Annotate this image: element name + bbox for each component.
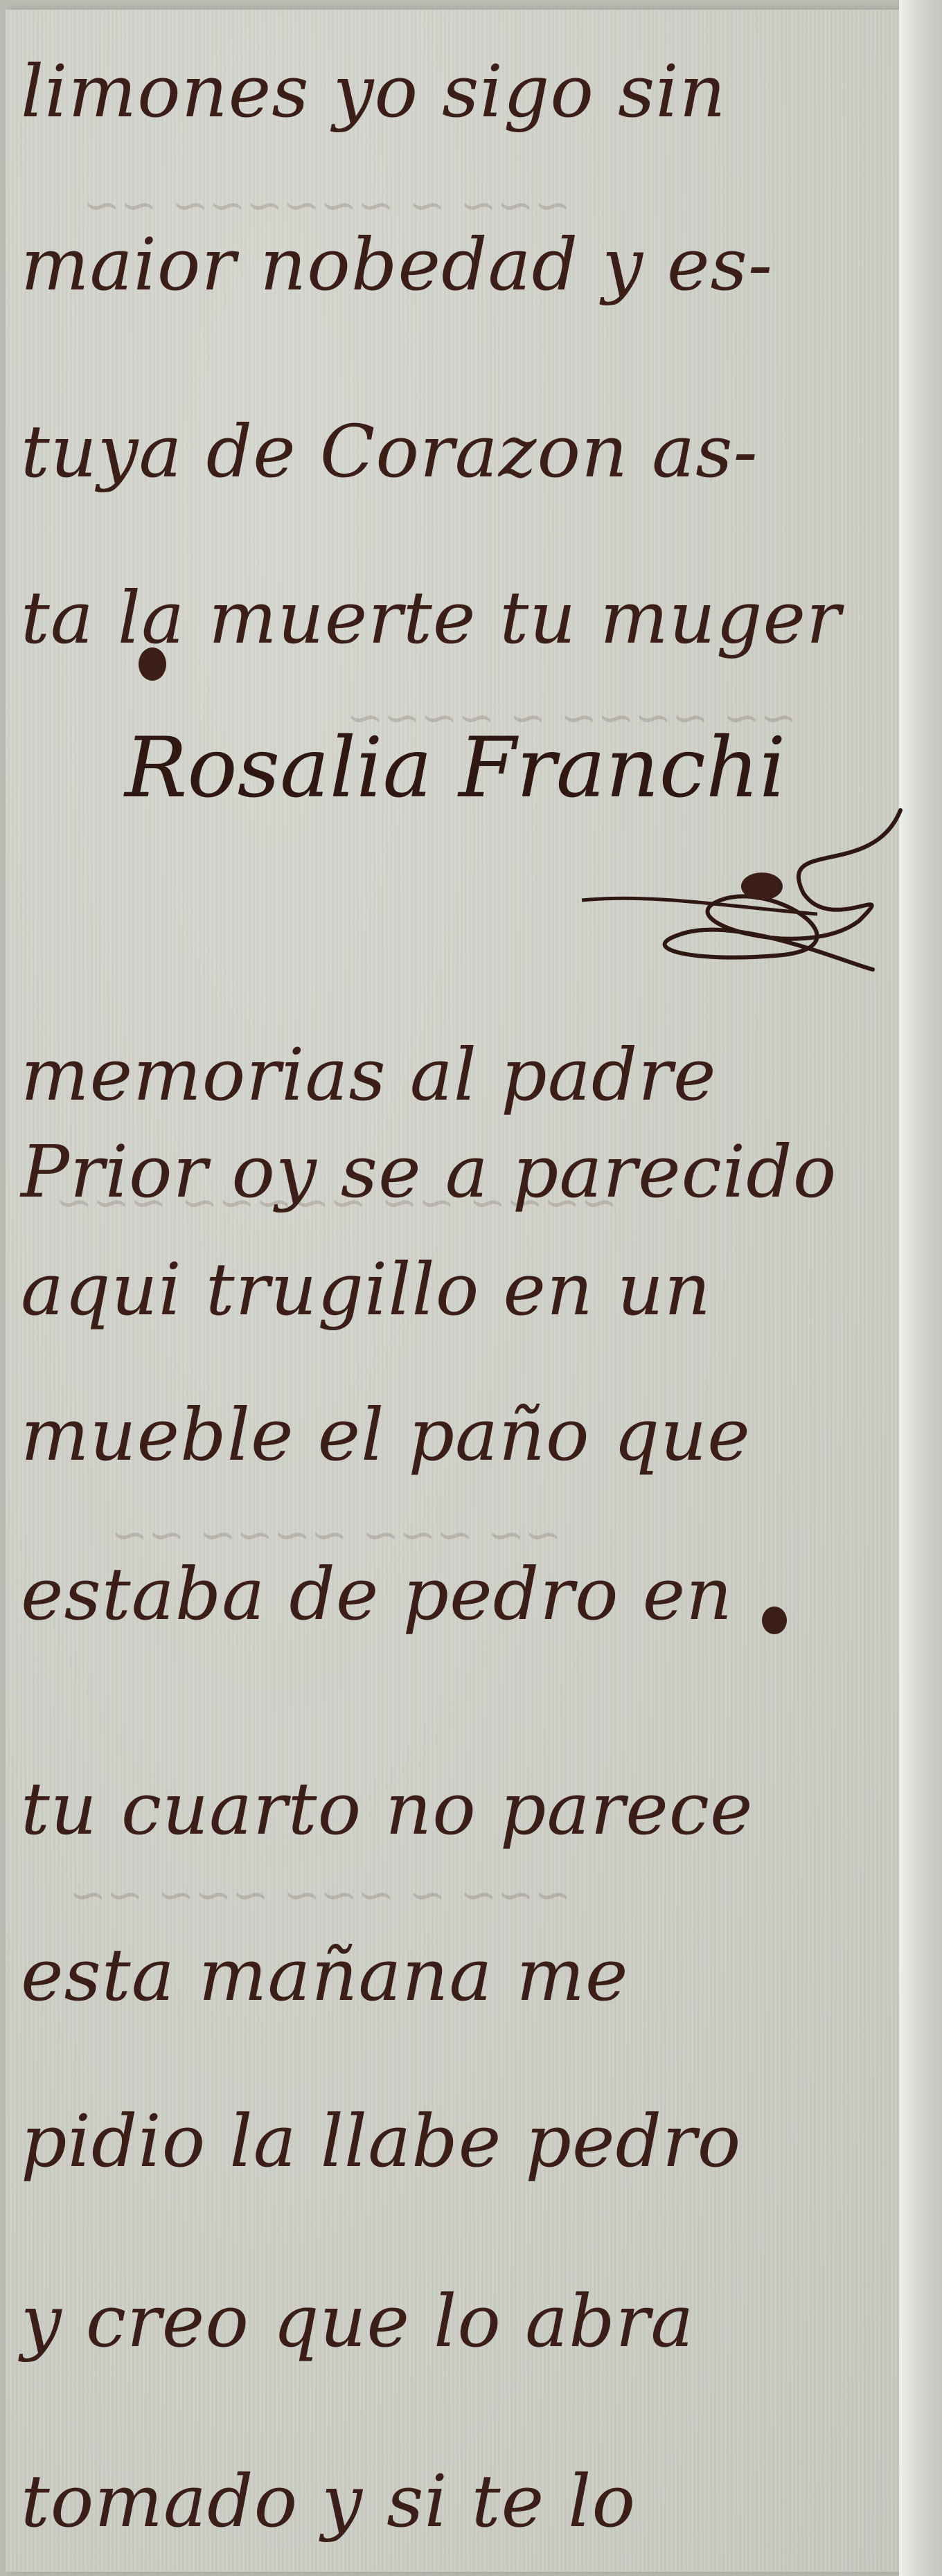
letter-line-12: pidio la llabe pedro: [21, 2105, 741, 2177]
paper-edge: [899, 0, 942, 2576]
letter-line-11: esta mañana me: [21, 1939, 629, 2011]
letter-line-6: Prior oy se a parecido: [21, 1136, 837, 1208]
ink-blot: [139, 647, 166, 681]
letter-line-2: maior nobedad y es-: [21, 229, 773, 301]
letter-line-10: tu cuarto no parece: [21, 1773, 754, 1845]
letter-line-5: memorias al padre: [21, 1039, 717, 1111]
letter-line-13: y creo que lo abra: [21, 2285, 694, 2357]
ink-blot: [741, 873, 783, 900]
letter-line-7: aqui trugillo en un: [21, 1253, 711, 1325]
letter-line-1: limones yo sigo sin: [21, 55, 727, 127]
letter-line-14: tomado y si te lo: [21, 2465, 636, 2537]
letter-line-9: estaba de pedro en: [21, 1558, 733, 1630]
letter-line-3: tuya de Corazon as-: [21, 415, 758, 488]
letter-line-4: ta la muerte tu muger: [21, 582, 842, 654]
signature-flourish-icon: [513, 796, 914, 976]
ink-blot: [762, 1607, 787, 1634]
letter-line-8: mueble el paño que: [21, 1399, 751, 1471]
